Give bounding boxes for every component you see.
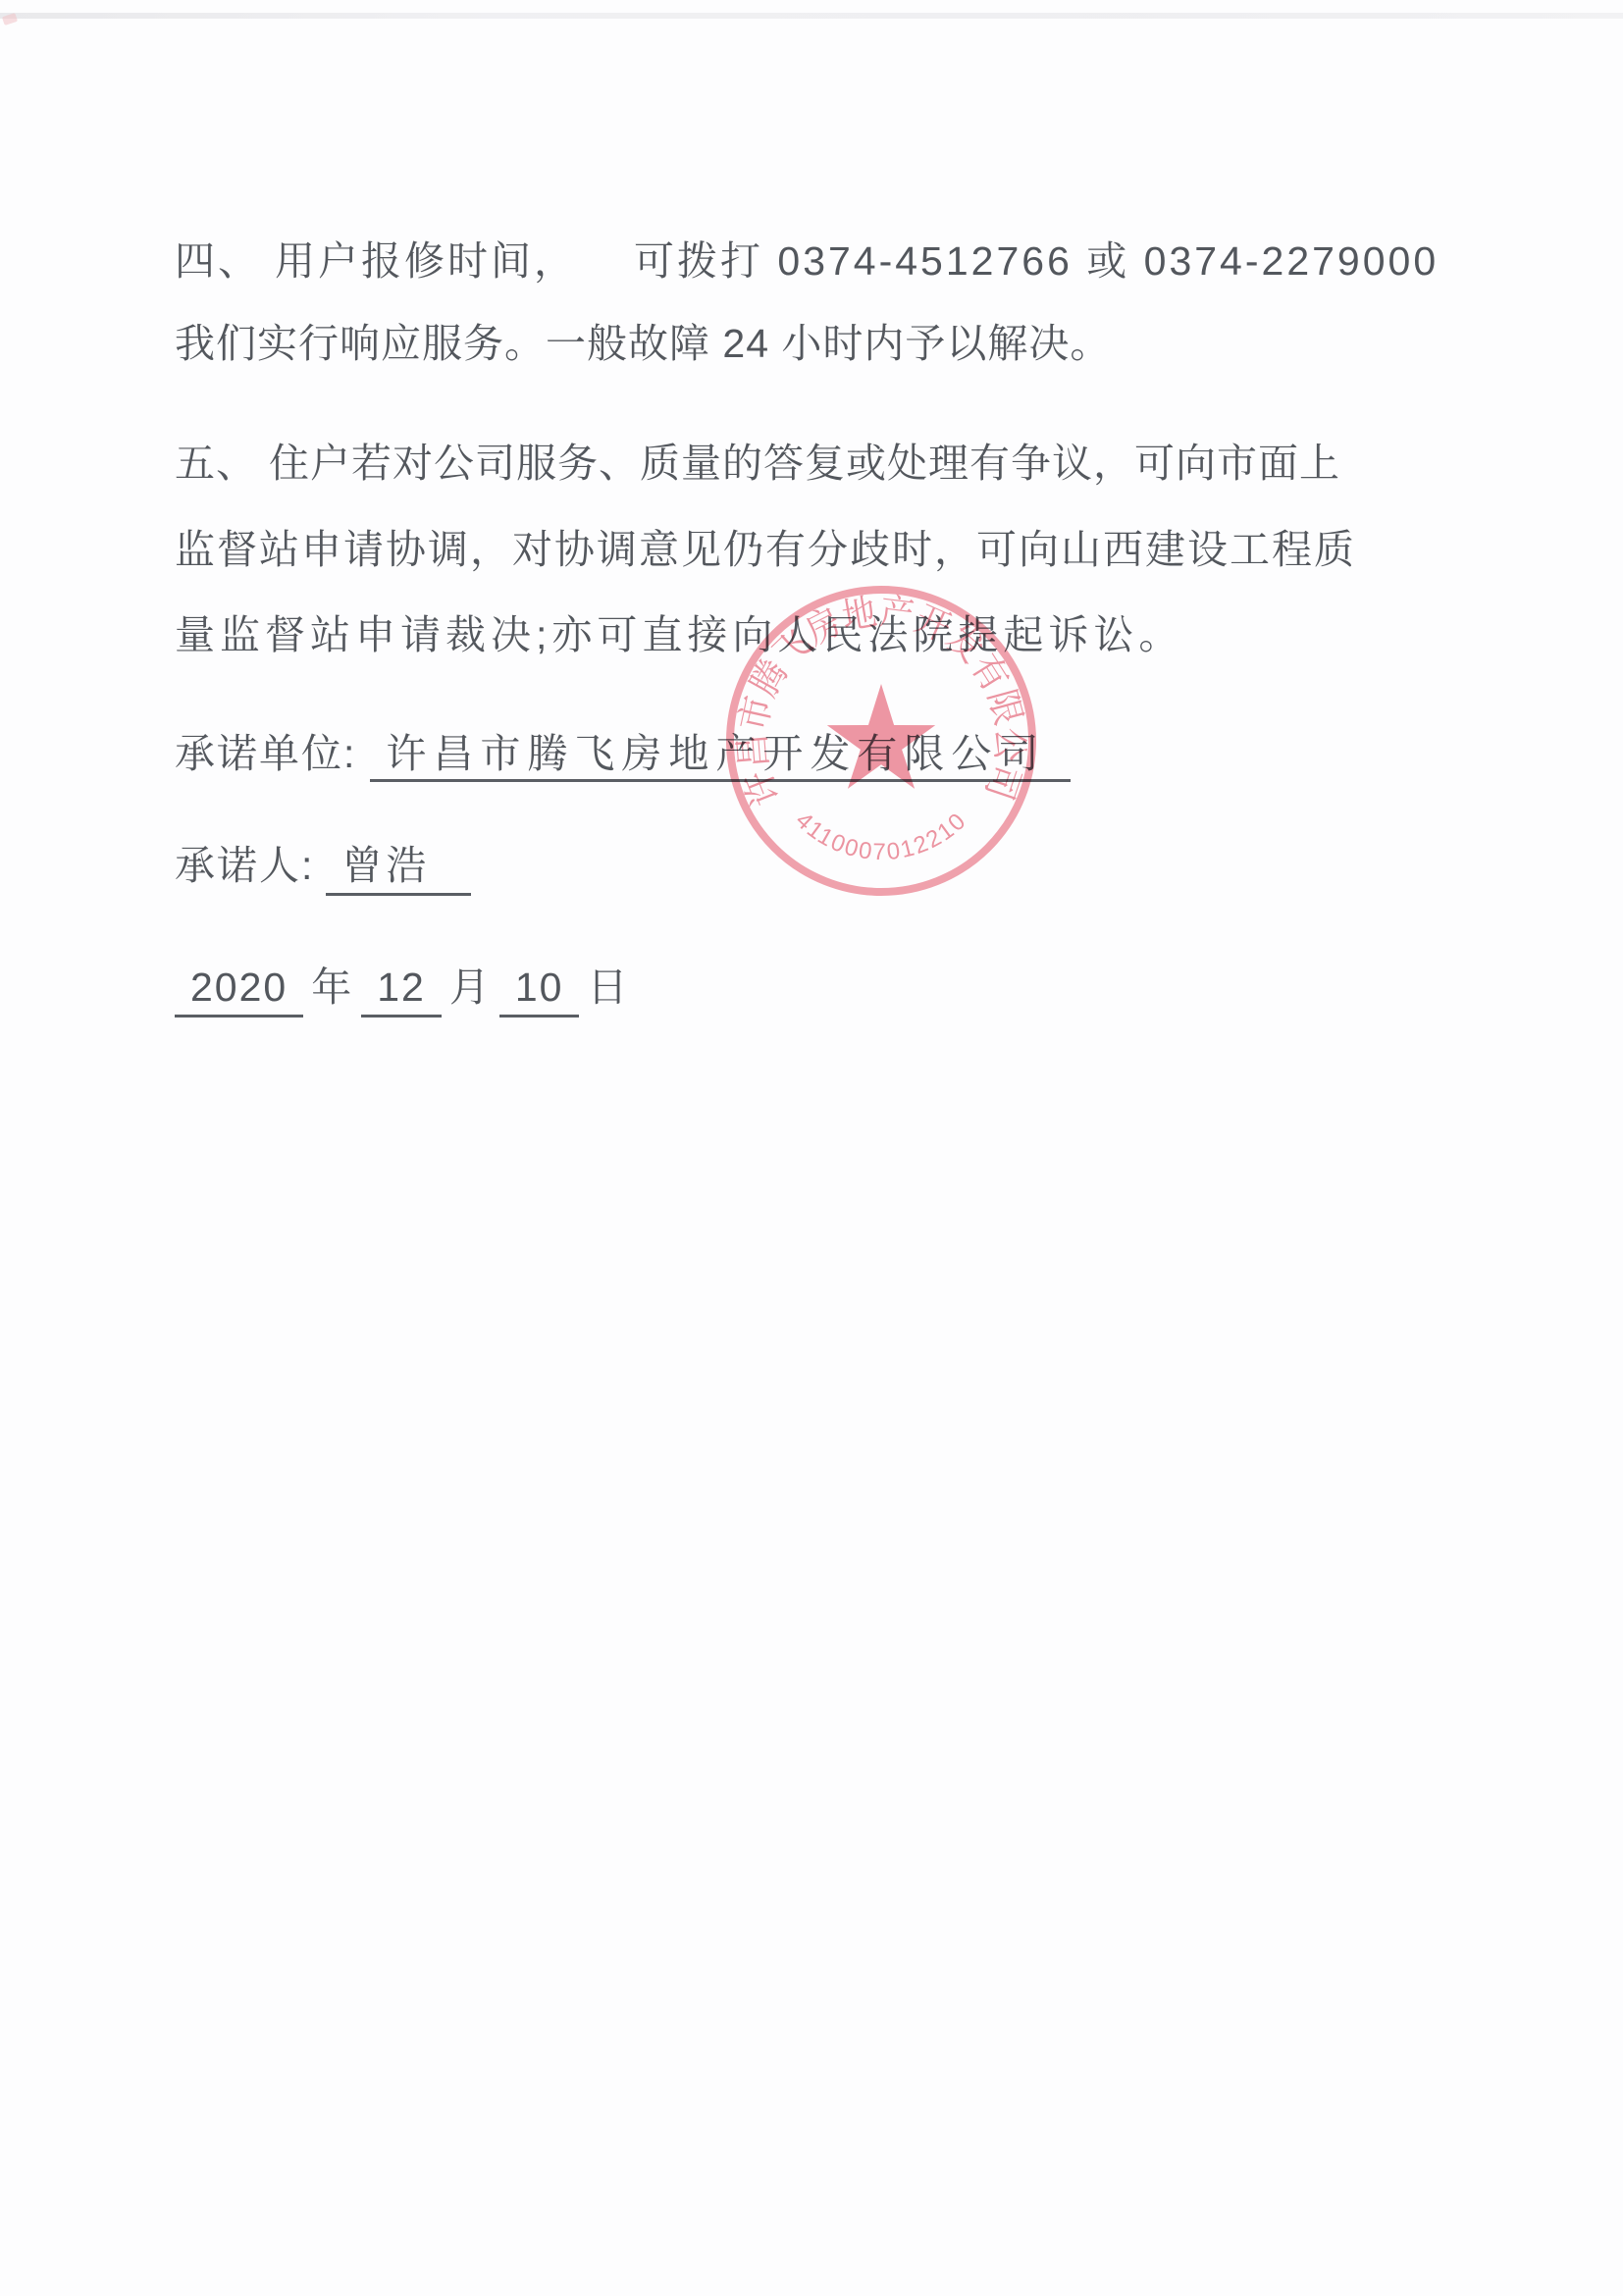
commitment-unit-label: 承诺单位: xyxy=(175,731,356,776)
date-month-unit: 月 xyxy=(449,965,492,1010)
item5-line1: 五、住户若对公司服务、质量的答复或处理有争议，可向市面上 xyxy=(175,440,1340,487)
commitment-person-label: 承诺人: xyxy=(175,843,314,888)
seal-number-text: 4110007012210 xyxy=(790,808,971,865)
commitment-person-line: 承诺人:曾浩 xyxy=(175,842,471,896)
date-day-unit: 日 xyxy=(587,965,629,1010)
scanned-document-page: 四、用户报修时间，可拨打 0374-4512766 或 0374-2279000… xyxy=(0,0,1623,2296)
date-day: 10 xyxy=(499,965,580,1018)
date-month: 12 xyxy=(361,965,442,1018)
item4-line2-text: 我们实行响应服务。一般故障 24 小时内予以解决。 xyxy=(175,321,1111,366)
item5-line2-text: 监督站申请协调，对协调意见仍有分歧时，可向山西建设工程质 xyxy=(175,527,1356,572)
item4-number: 四、 xyxy=(175,238,261,284)
date-line: 2020年12月10日 xyxy=(175,964,629,1018)
seal-star-icon xyxy=(827,684,935,789)
item5-number: 五、 xyxy=(175,441,257,486)
date-year-unit: 年 xyxy=(311,965,353,1010)
item4-phone-numbers: 可拨打 0374-4512766 或 0374-2279000 xyxy=(634,238,1439,284)
date-year: 2020 xyxy=(175,965,303,1018)
item5-line2: 监督站申请协调，对协调意见仍有分歧时，可向山西建设工程质 xyxy=(175,526,1356,573)
item4-line1: 四、用户报修时间，可拨打 0374-4512766 或 0374-2279000 xyxy=(175,237,1439,285)
company-seal: 许昌市腾飞房地产开发有限公司 4110007012210 xyxy=(714,574,1048,908)
item5-line1-text: 住户若对公司服务、质量的答复或处理有争议，可向市面上 xyxy=(269,441,1340,486)
scan-artifact-line xyxy=(0,13,1623,19)
item4-line2: 我们实行响应服务。一般故障 24 小时内予以解决。 xyxy=(175,320,1111,367)
commitment-person-value: 曾浩 xyxy=(326,844,471,896)
item4-text: 用户报修时间， xyxy=(275,238,577,284)
